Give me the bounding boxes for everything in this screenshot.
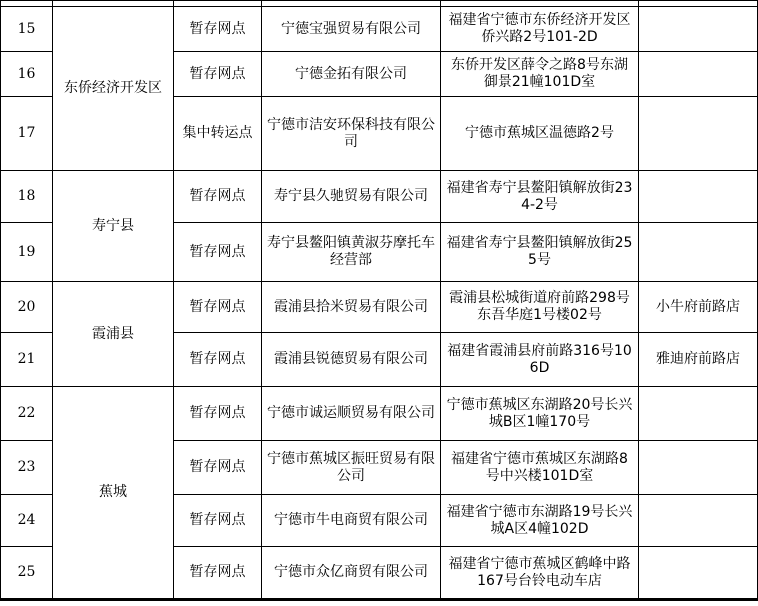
- cell-type: 暂存网点: [174, 223, 262, 282]
- cell-note: [639, 495, 758, 547]
- cell-no: 18: [1, 171, 53, 223]
- cell-company: 宁德市诚运顺贸易有限公司: [262, 387, 441, 441]
- cell-company: 宁德金拓有限公司: [262, 52, 441, 97]
- cell-note: [639, 52, 758, 97]
- table-row: 15 东侨经济开发区 暂存网点 宁德宝强贸易有限公司 福建省宁德市东侨经济开发区…: [1, 7, 758, 52]
- cell-company: 宁德市牛电商贸有限公司: [262, 495, 441, 547]
- cell-company: 宁德市众亿商贸有限公司: [262, 547, 441, 600]
- cell-company: 霞浦县拾米贸易有限公司: [262, 282, 441, 333]
- cell-no: 16: [1, 52, 53, 97]
- network-points-table: 15 东侨经济开发区 暂存网点 宁德宝强贸易有限公司 福建省宁德市东侨经济开发区…: [0, 0, 758, 601]
- cell-region: 东侨经济开发区: [53, 7, 174, 171]
- cell-note: [639, 441, 758, 495]
- cell-address: 福建省霞浦县府前路316号106D: [441, 333, 639, 387]
- cell-note: [639, 171, 758, 223]
- cell-address: 东侨开发区薛令之路8号东湖御景21幢101D室: [441, 52, 639, 97]
- cell-note: 小牛府前路店: [639, 282, 758, 333]
- cell-no: 25: [1, 547, 53, 600]
- cell-company: 宁德宝强贸易有限公司: [262, 7, 441, 52]
- cell-company: 寿宁县久驰贸易有限公司: [262, 171, 441, 223]
- table-row: 18 寿宁县 暂存网点 寿宁县久驰贸易有限公司 福建省寿宁县鳌阳镇解放街234-…: [1, 171, 758, 223]
- cell-company: 霞浦县锐德贸易有限公司: [262, 333, 441, 387]
- cell-address: 霞浦县松城街道府前路298号东吾华庭1号楼02号: [441, 282, 639, 333]
- cell-address: 福建省宁德市东湖路19号长兴城A区4幢102D: [441, 495, 639, 547]
- cell-type: 暂存网点: [174, 282, 262, 333]
- cell-type: 暂存网点: [174, 52, 262, 97]
- cell-no: 24: [1, 495, 53, 547]
- table-row: 22 蕉城 暂存网点 宁德市诚运顺贸易有限公司 宁德市蕉城区东湖路20号长兴城B…: [1, 387, 758, 441]
- cell-type: 暂存网点: [174, 495, 262, 547]
- cell-address: 福建省宁德市蕉城区东湖路8号中兴楼101D室: [441, 441, 639, 495]
- table-row: 20 霞浦县 暂存网点 霞浦县拾米贸易有限公司 霞浦县松城街道府前路298号东吾…: [1, 282, 758, 333]
- cell-type: 暂存网点: [174, 387, 262, 441]
- cell-type: 暂存网点: [174, 171, 262, 223]
- cell-address: 福建省寿宁县鳌阳镇解放街234-2号: [441, 171, 639, 223]
- table-page: 15 东侨经济开发区 暂存网点 宁德宝强贸易有限公司 福建省宁德市东侨经济开发区…: [0, 0, 758, 606]
- cell-company: 宁德市洁安环保科技有限公司: [262, 97, 441, 171]
- cell-region: 寿宁县: [53, 171, 174, 282]
- cell-type: 暂存网点: [174, 333, 262, 387]
- cell-no: 17: [1, 97, 53, 171]
- cell-no: 19: [1, 223, 53, 282]
- cell-type: 集中转运点: [174, 97, 262, 171]
- cell-note: [639, 7, 758, 52]
- cell-note: [639, 223, 758, 282]
- cell-company: 宁德市蕉城区振旺贸易有限公司: [262, 441, 441, 495]
- cell-region: 蕉城: [53, 387, 174, 600]
- cell-address: 福建省宁德市蕉城区鹤峰中路167号台铃电动车店: [441, 547, 639, 600]
- cell-no: 21: [1, 333, 53, 387]
- cell-address: 福建省宁德市东侨经济开发区侨兴路2号101-2D: [441, 7, 639, 52]
- cell-no: 20: [1, 282, 53, 333]
- cell-no: 22: [1, 387, 53, 441]
- cell-type: 暂存网点: [174, 441, 262, 495]
- cell-type: 暂存网点: [174, 547, 262, 600]
- cell-note: [639, 387, 758, 441]
- cell-address: 福建省寿宁县鳌阳镇解放街255号: [441, 223, 639, 282]
- cell-address: 宁德市蕉城区温德路2号: [441, 97, 639, 171]
- cell-company: 寿宁县鳌阳镇黄淑芬摩托车经营部: [262, 223, 441, 282]
- cell-address: 宁德市蕉城区东湖路20号长兴城B区1幢170号: [441, 387, 639, 441]
- cell-note: 雅迪府前路店: [639, 333, 758, 387]
- cell-no: 15: [1, 7, 53, 52]
- cell-note: [639, 547, 758, 600]
- cell-type: 暂存网点: [174, 7, 262, 52]
- cell-no: 23: [1, 441, 53, 495]
- cell-note: [639, 97, 758, 171]
- cell-region: 霞浦县: [53, 282, 174, 387]
